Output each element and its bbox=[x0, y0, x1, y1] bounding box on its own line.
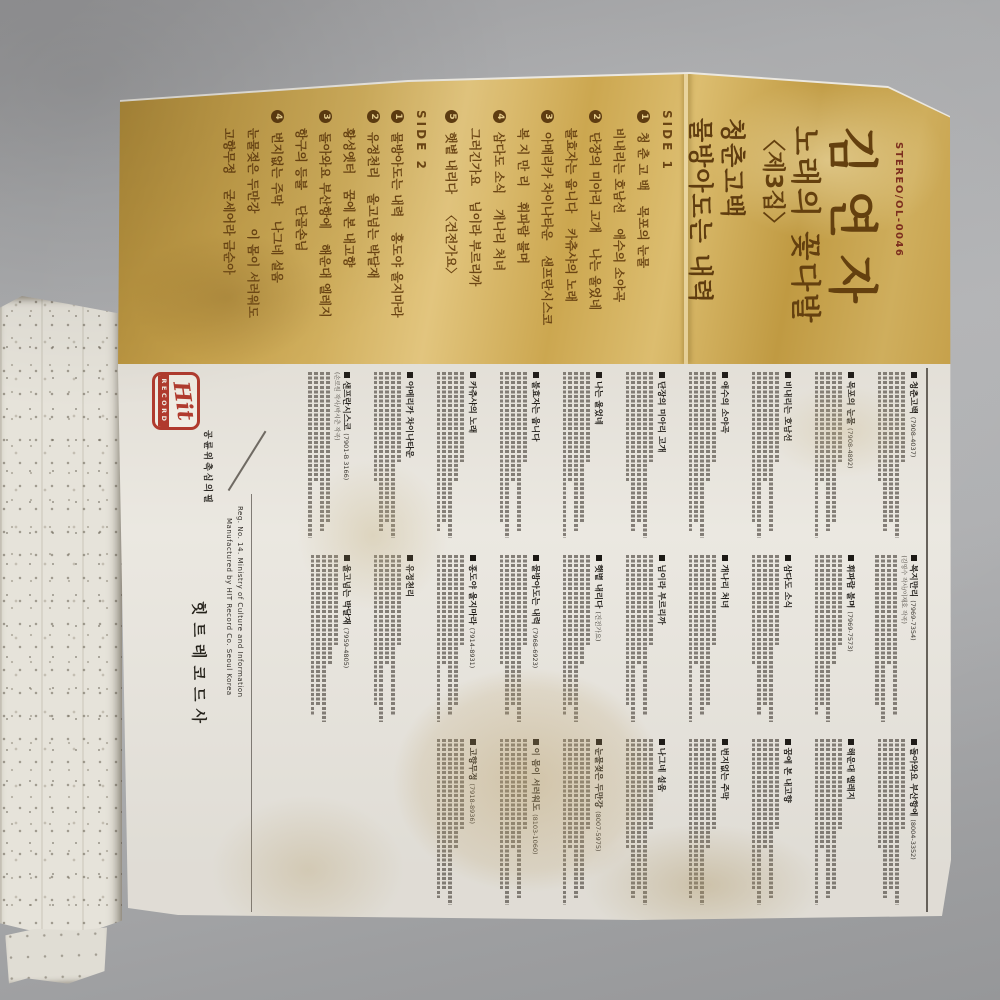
song-title: 단골손님 bbox=[294, 205, 311, 251]
lyric-section-header: 고향무정(7918-8936) bbox=[466, 739, 477, 912]
lyric-text-placeholder bbox=[700, 372, 704, 538]
lyric-text-placeholder bbox=[826, 372, 830, 531]
lyric-text-placeholder bbox=[574, 739, 578, 898]
side1-label: SIDE 1 bbox=[660, 110, 674, 172]
track-number-badge: 2 bbox=[368, 110, 381, 123]
square-bullet-icon bbox=[344, 555, 350, 561]
lyric-section-header: 물방아도는 내력(7968-6923) bbox=[529, 555, 540, 728]
lyric-text-placeholder bbox=[769, 555, 773, 721]
catalog-number: STEREO/OL-0046 bbox=[893, 142, 904, 257]
lyric-text-placeholder bbox=[757, 555, 761, 714]
side2-track-list: 1물방아도는 내력홍도야 울지마라2유정천리울고넘는 박달재황성옛터꿈에 본 내… bbox=[218, 110, 410, 360]
track-line: 1물방아도는 내력홍도야 울지마라 bbox=[386, 110, 410, 360]
lyric-section-header: 햇볕 내리다(건전가요) bbox=[592, 555, 603, 728]
side2-label: SIDE 2 bbox=[414, 110, 428, 172]
song-title: 휘파람 불며 bbox=[516, 202, 533, 264]
lyric-text-placeholder bbox=[875, 555, 879, 706]
lyric-song-title: 햇볕 내리다 bbox=[593, 564, 603, 608]
lyric-song-title: 홍도야 울지마라 bbox=[467, 564, 477, 624]
censor-approval-label: 공륜위촉심의필 bbox=[202, 430, 215, 505]
lyric-text-placeholder bbox=[889, 739, 893, 890]
lyric-text-placeholder bbox=[500, 372, 504, 523]
track-number-badge: 4 bbox=[494, 110, 507, 123]
lyric-text-placeholder bbox=[391, 555, 395, 714]
lyric-section: 유정천리 bbox=[354, 555, 414, 728]
square-bullet-icon bbox=[722, 372, 728, 378]
track-number-badge: 3 bbox=[320, 110, 333, 123]
square-bullet-icon bbox=[848, 555, 854, 561]
lyric-song-title: 이 몸이 서러워도 bbox=[530, 748, 540, 811]
song-code: (7969-7573) bbox=[846, 611, 854, 652]
footer-rule-line bbox=[251, 494, 252, 912]
square-bullet-icon bbox=[848, 372, 854, 378]
track-line: 불효자는 웁니다카츄샤의 노래 bbox=[560, 110, 584, 360]
lyric-section: 이 몸이 서러워도(8103-1060) bbox=[480, 739, 540, 912]
lyric-text-placeholder bbox=[511, 555, 515, 706]
lyric-section: 햇볕 내리다(건전가요) bbox=[543, 555, 603, 728]
square-bullet-icon bbox=[407, 555, 413, 561]
square-bullet-icon bbox=[596, 372, 602, 378]
track-number-badge: 4 bbox=[272, 110, 285, 123]
track-line: 5햇볕 내리다〈건전가요〉 bbox=[440, 110, 464, 360]
lyric-section-header: 홍도야 울지마라(7914-8931) bbox=[466, 555, 477, 728]
lyric-text-placeholder bbox=[883, 372, 887, 531]
square-bullet-icon bbox=[911, 739, 917, 745]
lyric-song-title: 청춘고백 bbox=[908, 381, 918, 414]
song-title: 울고넘는 박달재 bbox=[366, 193, 383, 278]
credit-text-placeholder bbox=[901, 739, 905, 829]
song-title: 카츄샤의 노래 bbox=[564, 228, 581, 302]
lyric-section: 카츄샤의 노래 bbox=[417, 372, 477, 545]
lyric-text-placeholder bbox=[706, 739, 710, 848]
lyric-text-placeholder bbox=[568, 372, 572, 481]
track-line: 3돌아와요 부산항에해운대 엘레지 bbox=[314, 110, 338, 360]
song-title: 이 몸이 서러워도 bbox=[246, 228, 263, 318]
lyric-text-placeholder bbox=[374, 555, 378, 706]
lyric-text-placeholder bbox=[763, 372, 767, 481]
lyric-section-header: 나그네 설움 bbox=[655, 739, 666, 912]
square-bullet-icon bbox=[785, 555, 791, 561]
lyric-text-placeholder bbox=[757, 372, 761, 538]
lyric-text-placeholder bbox=[815, 739, 819, 905]
song-title: 불효자는 웁니다 bbox=[564, 128, 581, 213]
lyric-text-placeholder bbox=[763, 555, 767, 706]
credit-text-placeholder bbox=[523, 739, 527, 829]
track-line: 2단장의 미아리 고개나는 울었네 bbox=[584, 110, 608, 360]
song-title: 복 지 만 리 bbox=[516, 128, 533, 187]
song-title: 황성옛터 bbox=[342, 128, 359, 174]
lyric-section: 나는 울었네 bbox=[543, 372, 603, 545]
lyric-song-title: 유정천리 bbox=[404, 564, 414, 597]
lyric-text-placeholder bbox=[391, 372, 395, 538]
lyric-section: 목포의 눈물(7908-4892) bbox=[795, 372, 855, 545]
lyric-text-placeholder bbox=[895, 739, 899, 905]
song-title: 샌프란시스코 bbox=[540, 256, 557, 326]
song-title: 나그네 설움 bbox=[270, 221, 287, 283]
lyric-text-placeholder bbox=[580, 372, 584, 523]
lyric-song-title: 삼다도 소식 bbox=[782, 564, 792, 608]
lyric-section: 돌아와요 부산항에(8004-3352) bbox=[858, 739, 918, 912]
lyric-text-placeholder bbox=[815, 372, 819, 538]
lyric-song-title: 나는 울었네 bbox=[593, 381, 603, 425]
lyric-section-header: 해운대 엘레지 bbox=[844, 739, 855, 912]
lyric-text-placeholder bbox=[820, 372, 824, 481]
lyric-text-placeholder bbox=[517, 372, 521, 531]
track-line: 황성옛터꿈에 본 내고향 bbox=[338, 110, 362, 360]
song-code: (7908-4892) bbox=[846, 428, 854, 469]
lyric-text-placeholder bbox=[689, 555, 693, 721]
lyric-text-placeholder bbox=[694, 739, 698, 890]
lyric-text-placeholder bbox=[820, 555, 824, 706]
square-bullet-icon bbox=[596, 555, 602, 561]
credit-text-placeholder bbox=[712, 555, 716, 645]
lyric-text-placeholder bbox=[316, 555, 320, 706]
song-title: 홍도야 울지마라 bbox=[390, 232, 407, 317]
lyric-section-header: 아메리카 차이나타운 bbox=[403, 372, 414, 545]
lyric-text-placeholder bbox=[626, 739, 630, 848]
lyric-section-header: 번지없는 주막 bbox=[718, 739, 729, 912]
square-bullet-icon bbox=[848, 739, 854, 745]
square-bullet-icon bbox=[533, 739, 539, 745]
track-number-badge: 1 bbox=[392, 110, 405, 123]
registration-line: Reg. No. 14. Ministry of Culture and Inf… bbox=[236, 506, 244, 698]
lyric-text-placeholder bbox=[454, 372, 458, 481]
song-title: 〈건전가요〉 bbox=[444, 209, 461, 279]
track-line: 복 지 만 리휘파람 불며 bbox=[512, 110, 536, 360]
lyric-text-placeholder bbox=[893, 555, 897, 714]
lyric-text-placeholder bbox=[500, 739, 504, 890]
lyric-text-placeholder bbox=[454, 739, 458, 848]
lyric-section-header: 카츄샤의 노래 bbox=[466, 372, 477, 545]
lyric-text-placeholder bbox=[826, 739, 830, 898]
lyric-text-placeholder bbox=[689, 739, 693, 898]
lyric-section: 비내리는 호남선 bbox=[732, 372, 792, 545]
lyric-text-placeholder bbox=[878, 739, 882, 848]
song-code: (7968-6923) bbox=[531, 628, 539, 669]
square-bullet-icon bbox=[344, 372, 350, 378]
lyric-text-placeholder bbox=[887, 555, 891, 664]
lyric-text-placeholder bbox=[374, 372, 378, 481]
track-line: 4삼다도 소식개나리 처녀 bbox=[488, 110, 512, 360]
lyric-section: 님이라 부르리까 bbox=[606, 555, 666, 728]
lyric-song-title: 눈물젖은 두만강 bbox=[593, 748, 603, 808]
lyric-text-placeholder bbox=[326, 372, 330, 523]
track-line: 2유정천리울고넘는 박달재 bbox=[362, 110, 386, 360]
top-rule-line bbox=[926, 368, 928, 912]
lyric-song-title: 꿈에 본 내고향 bbox=[782, 748, 792, 803]
lyric-section-header: 샌프란시스코(7901-B 3166) bbox=[340, 372, 351, 545]
lyric-song-title: 카츄샤의 노래 bbox=[467, 381, 477, 433]
photo-of-lp-back-sleeve: STEREO/OL-0046 김연자 노래의 꽃다발 〈제3집〉 청춘고백 물방… bbox=[0, 0, 1000, 1000]
credit-text-placeholder bbox=[586, 372, 590, 462]
credit-text-placeholder bbox=[460, 372, 464, 462]
credit-text-placeholder bbox=[712, 739, 716, 829]
lyric-text-placeholder bbox=[437, 372, 441, 531]
lyric-text-placeholder bbox=[308, 372, 312, 538]
song-title: 청 춘 고 백 bbox=[636, 132, 653, 191]
lyric-text-placeholder bbox=[752, 372, 756, 523]
lyric-song-title: 애수의 소야곡 bbox=[719, 381, 729, 433]
lyric-section: 단장의 미아리 고개 bbox=[606, 372, 666, 545]
lyric-section-header: 나는 울었네 bbox=[592, 372, 603, 545]
lyric-text-placeholder bbox=[820, 739, 824, 848]
song-title: 유정천리 bbox=[366, 132, 383, 178]
lyric-text-placeholder bbox=[815, 555, 819, 714]
track-line: 3아메리카 차이나타운샌프란시스코 bbox=[536, 110, 560, 360]
lyric-text-placeholder bbox=[311, 555, 315, 714]
lyric-section: 고향무정(7918-8936) bbox=[417, 739, 477, 912]
lyric-section-header: 울고넘는 박달재(7959-4805) bbox=[340, 555, 351, 728]
song-title: 번지없는 주막 bbox=[270, 132, 287, 206]
song-code: (7959-4805) bbox=[342, 628, 350, 669]
track-line: 눈물젖은 두만강이 몸이 서러워도 bbox=[242, 110, 266, 360]
lyric-section-header: 불효자는 웁니다 bbox=[529, 372, 540, 545]
square-bullet-icon bbox=[533, 372, 539, 378]
square-bullet-icon bbox=[596, 739, 602, 745]
lyric-section: 애수의 소야곡 bbox=[669, 372, 729, 545]
song-title: 물방아도는 내력 bbox=[390, 132, 407, 217]
square-bullet-icon bbox=[911, 555, 917, 561]
lyric-text-placeholder bbox=[637, 555, 641, 664]
lyric-text-placeholder bbox=[694, 555, 698, 664]
lyric-section-header: 삼다도 소식 bbox=[781, 555, 792, 728]
lyric-song-title: 비내리는 호남선 bbox=[782, 381, 792, 441]
lyric-section-header: 단장의 미아리 고개 bbox=[655, 372, 666, 545]
lyric-text-placeholder bbox=[442, 372, 446, 523]
track-number-badge: 1 bbox=[638, 110, 651, 123]
lyric-text-placeholder bbox=[379, 555, 383, 721]
lyric-section: 물방아도는 내력(7968-6923) bbox=[480, 555, 540, 728]
song-title: 돌아와요 부산항에 bbox=[318, 132, 335, 229]
lyric-text-placeholder bbox=[694, 372, 698, 523]
song-code: (7901-B 3166) bbox=[342, 433, 350, 480]
lyric-text-placeholder bbox=[563, 739, 567, 905]
track-line: 4번지없는 주막나그네 설움 bbox=[266, 110, 290, 360]
song-title: 해운대 엘레지 bbox=[318, 244, 335, 318]
lyric-section-header: 개나리 처녀 bbox=[718, 555, 729, 728]
lyric-text-placeholder bbox=[643, 555, 647, 714]
lyric-text-placeholder bbox=[574, 372, 578, 531]
lyric-text-placeholder bbox=[437, 739, 441, 898]
lyric-section-header: 님이라 부르리까 bbox=[655, 555, 666, 728]
credit-text-placeholder bbox=[838, 739, 842, 829]
lyric-song-title: 샌프란시스코 bbox=[341, 381, 351, 430]
lyric-song-title: 해운대 엘레지 bbox=[845, 748, 855, 800]
lyric-text-placeholder bbox=[769, 739, 773, 898]
credit-text-placeholder bbox=[838, 372, 842, 462]
lyric-text-placeholder bbox=[511, 372, 515, 481]
song-title: 고향무정 bbox=[222, 128, 239, 174]
lyric-text-placeholder bbox=[385, 555, 389, 664]
record-sleeve: STEREO/OL-0046 김연자 노래의 꽃다발 〈제3집〉 청춘고백 물방… bbox=[118, 70, 951, 920]
lyric-text-placeholder bbox=[574, 555, 578, 721]
song-title: 눈물젖은 두만강 bbox=[246, 128, 263, 213]
song-code: (7918-8936) bbox=[468, 784, 476, 825]
lyric-text-placeholder bbox=[631, 372, 635, 531]
square-bullet-icon bbox=[407, 372, 413, 378]
lyric-text-placeholder bbox=[442, 739, 446, 890]
lyric-text-placeholder bbox=[568, 739, 572, 848]
lyric-section: 개나리 처녀 bbox=[669, 555, 729, 728]
lyric-text-placeholder bbox=[752, 555, 756, 664]
lyric-text-placeholder bbox=[563, 555, 567, 714]
lyric-text-placeholder bbox=[689, 372, 693, 531]
lyric-text-placeholder bbox=[637, 372, 641, 523]
song-code: (7914-8931) bbox=[468, 628, 476, 669]
credit-text-placeholder bbox=[460, 555, 464, 645]
lyric-text-placeholder bbox=[442, 555, 446, 664]
square-bullet-icon bbox=[659, 555, 665, 561]
lyric-section: 울고넘는 박달재(7959-4805) bbox=[291, 555, 351, 728]
lyric-song-title: 불효자는 웁니다 bbox=[530, 381, 540, 441]
lyric-song-title: 복지만리 bbox=[908, 564, 918, 597]
lyric-text-placeholder bbox=[881, 555, 885, 721]
featured-title-2: 물방아도는 내력 bbox=[684, 118, 720, 304]
credit-text-placeholder bbox=[523, 555, 527, 645]
lyric-song-title: 개나리 처녀 bbox=[719, 564, 729, 608]
square-bullet-icon bbox=[470, 372, 476, 378]
song-title: 아메리카 차이나타운 bbox=[540, 132, 557, 241]
hit-record-logo: Hit RECORD bbox=[152, 372, 200, 430]
lyric-text-placeholder bbox=[889, 372, 893, 523]
lyric-text-placeholder bbox=[832, 555, 836, 664]
lyric-section: 해운대 엘레지 bbox=[795, 739, 855, 912]
song-title: 항구의 등불 bbox=[294, 128, 311, 190]
lyric-song-title: 번지없는 주막 bbox=[719, 748, 729, 800]
lyric-text-placeholder bbox=[757, 739, 761, 905]
lyric-section: 휘파람 불며(7969-7573) bbox=[795, 555, 855, 728]
song-code: (8004-3352) bbox=[909, 819, 917, 860]
lyric-text-placeholder bbox=[631, 739, 635, 898]
lyric-text-placeholder bbox=[832, 739, 836, 890]
song-code: (7969-7354) bbox=[909, 600, 917, 641]
credit-text-placeholder bbox=[334, 555, 338, 645]
song-title: 그러긴가요 bbox=[468, 128, 485, 186]
lyric-text-placeholder bbox=[322, 555, 326, 721]
record-company-name: 힛트레코드사 bbox=[189, 601, 210, 730]
lyric-text-placeholder bbox=[752, 739, 756, 890]
lyric-section: 나그네 설움 bbox=[606, 739, 666, 912]
credit-text-placeholder bbox=[775, 555, 779, 645]
lyric-text-placeholder bbox=[769, 372, 773, 531]
artist-name: 김연자 bbox=[820, 126, 892, 319]
square-bullet-icon bbox=[659, 739, 665, 745]
credit-text-placeholder bbox=[838, 555, 842, 645]
lyric-text-placeholder bbox=[626, 555, 630, 706]
lyric-text-placeholder bbox=[895, 372, 899, 538]
lyric-section: 청춘고백(7908-4037) bbox=[858, 372, 918, 545]
side1-track-list: 1청 춘 고 백목포의 눈물비내리는 호남선애수의 소야곡2단장의 미아리 고개… bbox=[440, 110, 656, 360]
square-bullet-icon bbox=[722, 739, 728, 745]
lyric-text-placeholder bbox=[448, 739, 452, 905]
lyric-section: 복지만리(7969-7354)(김영수 작사/이재호 작곡) bbox=[858, 555, 918, 728]
lyric-text-placeholder bbox=[637, 739, 641, 890]
square-bullet-icon bbox=[470, 555, 476, 561]
song-credit: (김영수 작사/이재호 작곡) bbox=[899, 555, 907, 728]
lyric-section-header: 이 몸이 서러워도(8103-1060) bbox=[529, 739, 540, 912]
lyric-song-title: 고향무정 bbox=[467, 748, 477, 781]
lyric-song-title: 울고넘는 박달재 bbox=[341, 564, 351, 624]
lyric-section-header: 목포의 눈물(7908-4892) bbox=[844, 372, 855, 545]
lyric-section-header: 청춘고백(7908-4037) bbox=[907, 372, 918, 545]
song-code: (8103-1060) bbox=[531, 814, 539, 855]
credit-text-placeholder bbox=[523, 372, 527, 462]
song-title: 개나리 처녀 bbox=[492, 209, 509, 271]
lyric-text-placeholder bbox=[500, 555, 504, 664]
credit-text-placeholder bbox=[712, 372, 716, 462]
lyric-song-title: 목포의 눈물 bbox=[845, 381, 855, 425]
track-line: 비내리는 호남선애수의 소야곡 bbox=[608, 110, 632, 360]
lyric-section-header: 비내리는 호남선 bbox=[781, 372, 792, 545]
square-bullet-icon bbox=[659, 372, 665, 378]
song-title: 님이라 부르리까 bbox=[468, 201, 485, 286]
lyric-song-title: 단장의 미아리 고개 bbox=[656, 381, 666, 453]
credit-text-placeholder bbox=[901, 372, 905, 462]
track-number-badge: 3 bbox=[542, 110, 555, 123]
lyric-text-placeholder bbox=[568, 555, 572, 706]
credit-text-placeholder bbox=[586, 555, 590, 645]
lyric-text-placeholder bbox=[385, 372, 389, 523]
track-line: 1청 춘 고 백목포의 눈물 bbox=[632, 110, 656, 360]
lyric-text-placeholder bbox=[700, 555, 704, 714]
lyric-text-placeholder bbox=[448, 372, 452, 538]
album-title: 노래의 꽃다발 bbox=[786, 126, 830, 324]
lyric-text-placeholder bbox=[328, 555, 332, 664]
lyric-text-placeholder bbox=[379, 372, 383, 531]
lyric-sections: 청춘고백(7908-4037)목포의 눈물(7908-4892)비내리는 호남선… bbox=[266, 372, 918, 912]
song-code: (8007-5975) bbox=[594, 811, 602, 852]
lyric-text-placeholder bbox=[437, 555, 441, 721]
credit-text-placeholder bbox=[775, 739, 779, 829]
lyric-text-placeholder bbox=[826, 555, 830, 721]
lyric-text-placeholder bbox=[643, 739, 647, 905]
square-bullet-icon bbox=[785, 739, 791, 745]
song-title: 비내리는 호남선 bbox=[612, 128, 629, 213]
lyric-text-placeholder bbox=[517, 555, 521, 721]
credit-text-placeholder bbox=[649, 372, 653, 462]
lyric-section-header: 유정천리 bbox=[403, 555, 414, 728]
lyric-text-placeholder bbox=[505, 555, 509, 714]
lyric-text-placeholder bbox=[511, 739, 515, 848]
lyric-text-placeholder bbox=[505, 739, 509, 905]
lyric-section-header: 복지만리(7969-7354) bbox=[907, 555, 918, 728]
song-title: 나는 울었네 bbox=[588, 248, 605, 310]
lyric-song-title: 님이라 부르리까 bbox=[656, 564, 666, 624]
lyric-text-placeholder bbox=[643, 372, 647, 538]
square-bullet-icon bbox=[785, 372, 791, 378]
lyric-text-placeholder bbox=[563, 372, 567, 538]
lyric-text-placeholder bbox=[878, 372, 882, 481]
lyric-song-title: 돌아와요 부산항에 bbox=[908, 748, 918, 817]
lyrics-area: 청춘고백(7908-4037)목포의 눈물(7908-4892)비내리는 호남선… bbox=[122, 366, 948, 918]
lyric-text-placeholder bbox=[832, 372, 836, 523]
lyric-text-placeholder bbox=[883, 739, 887, 898]
square-bullet-icon bbox=[533, 555, 539, 561]
lyric-song-title: 물방아도는 내력 bbox=[530, 564, 540, 624]
sleeve-frayed-corner bbox=[5, 926, 109, 986]
song-code: (7908-4037) bbox=[909, 417, 917, 458]
sleeve-spine-edge bbox=[0, 296, 122, 940]
lyric-section: 아메리카 차이나타운 bbox=[354, 372, 414, 545]
lyric-section-header: 꿈에 본 내고향 bbox=[781, 739, 792, 912]
song-title: 목포의 눈물 bbox=[636, 206, 653, 268]
square-bullet-icon bbox=[470, 739, 476, 745]
lyric-text-placeholder bbox=[626, 372, 630, 481]
lyric-text-placeholder bbox=[763, 739, 767, 848]
lyric-text-placeholder bbox=[580, 739, 584, 890]
lyric-section: 불효자는 웁니다 bbox=[480, 372, 540, 545]
square-bullet-icon bbox=[722, 555, 728, 561]
